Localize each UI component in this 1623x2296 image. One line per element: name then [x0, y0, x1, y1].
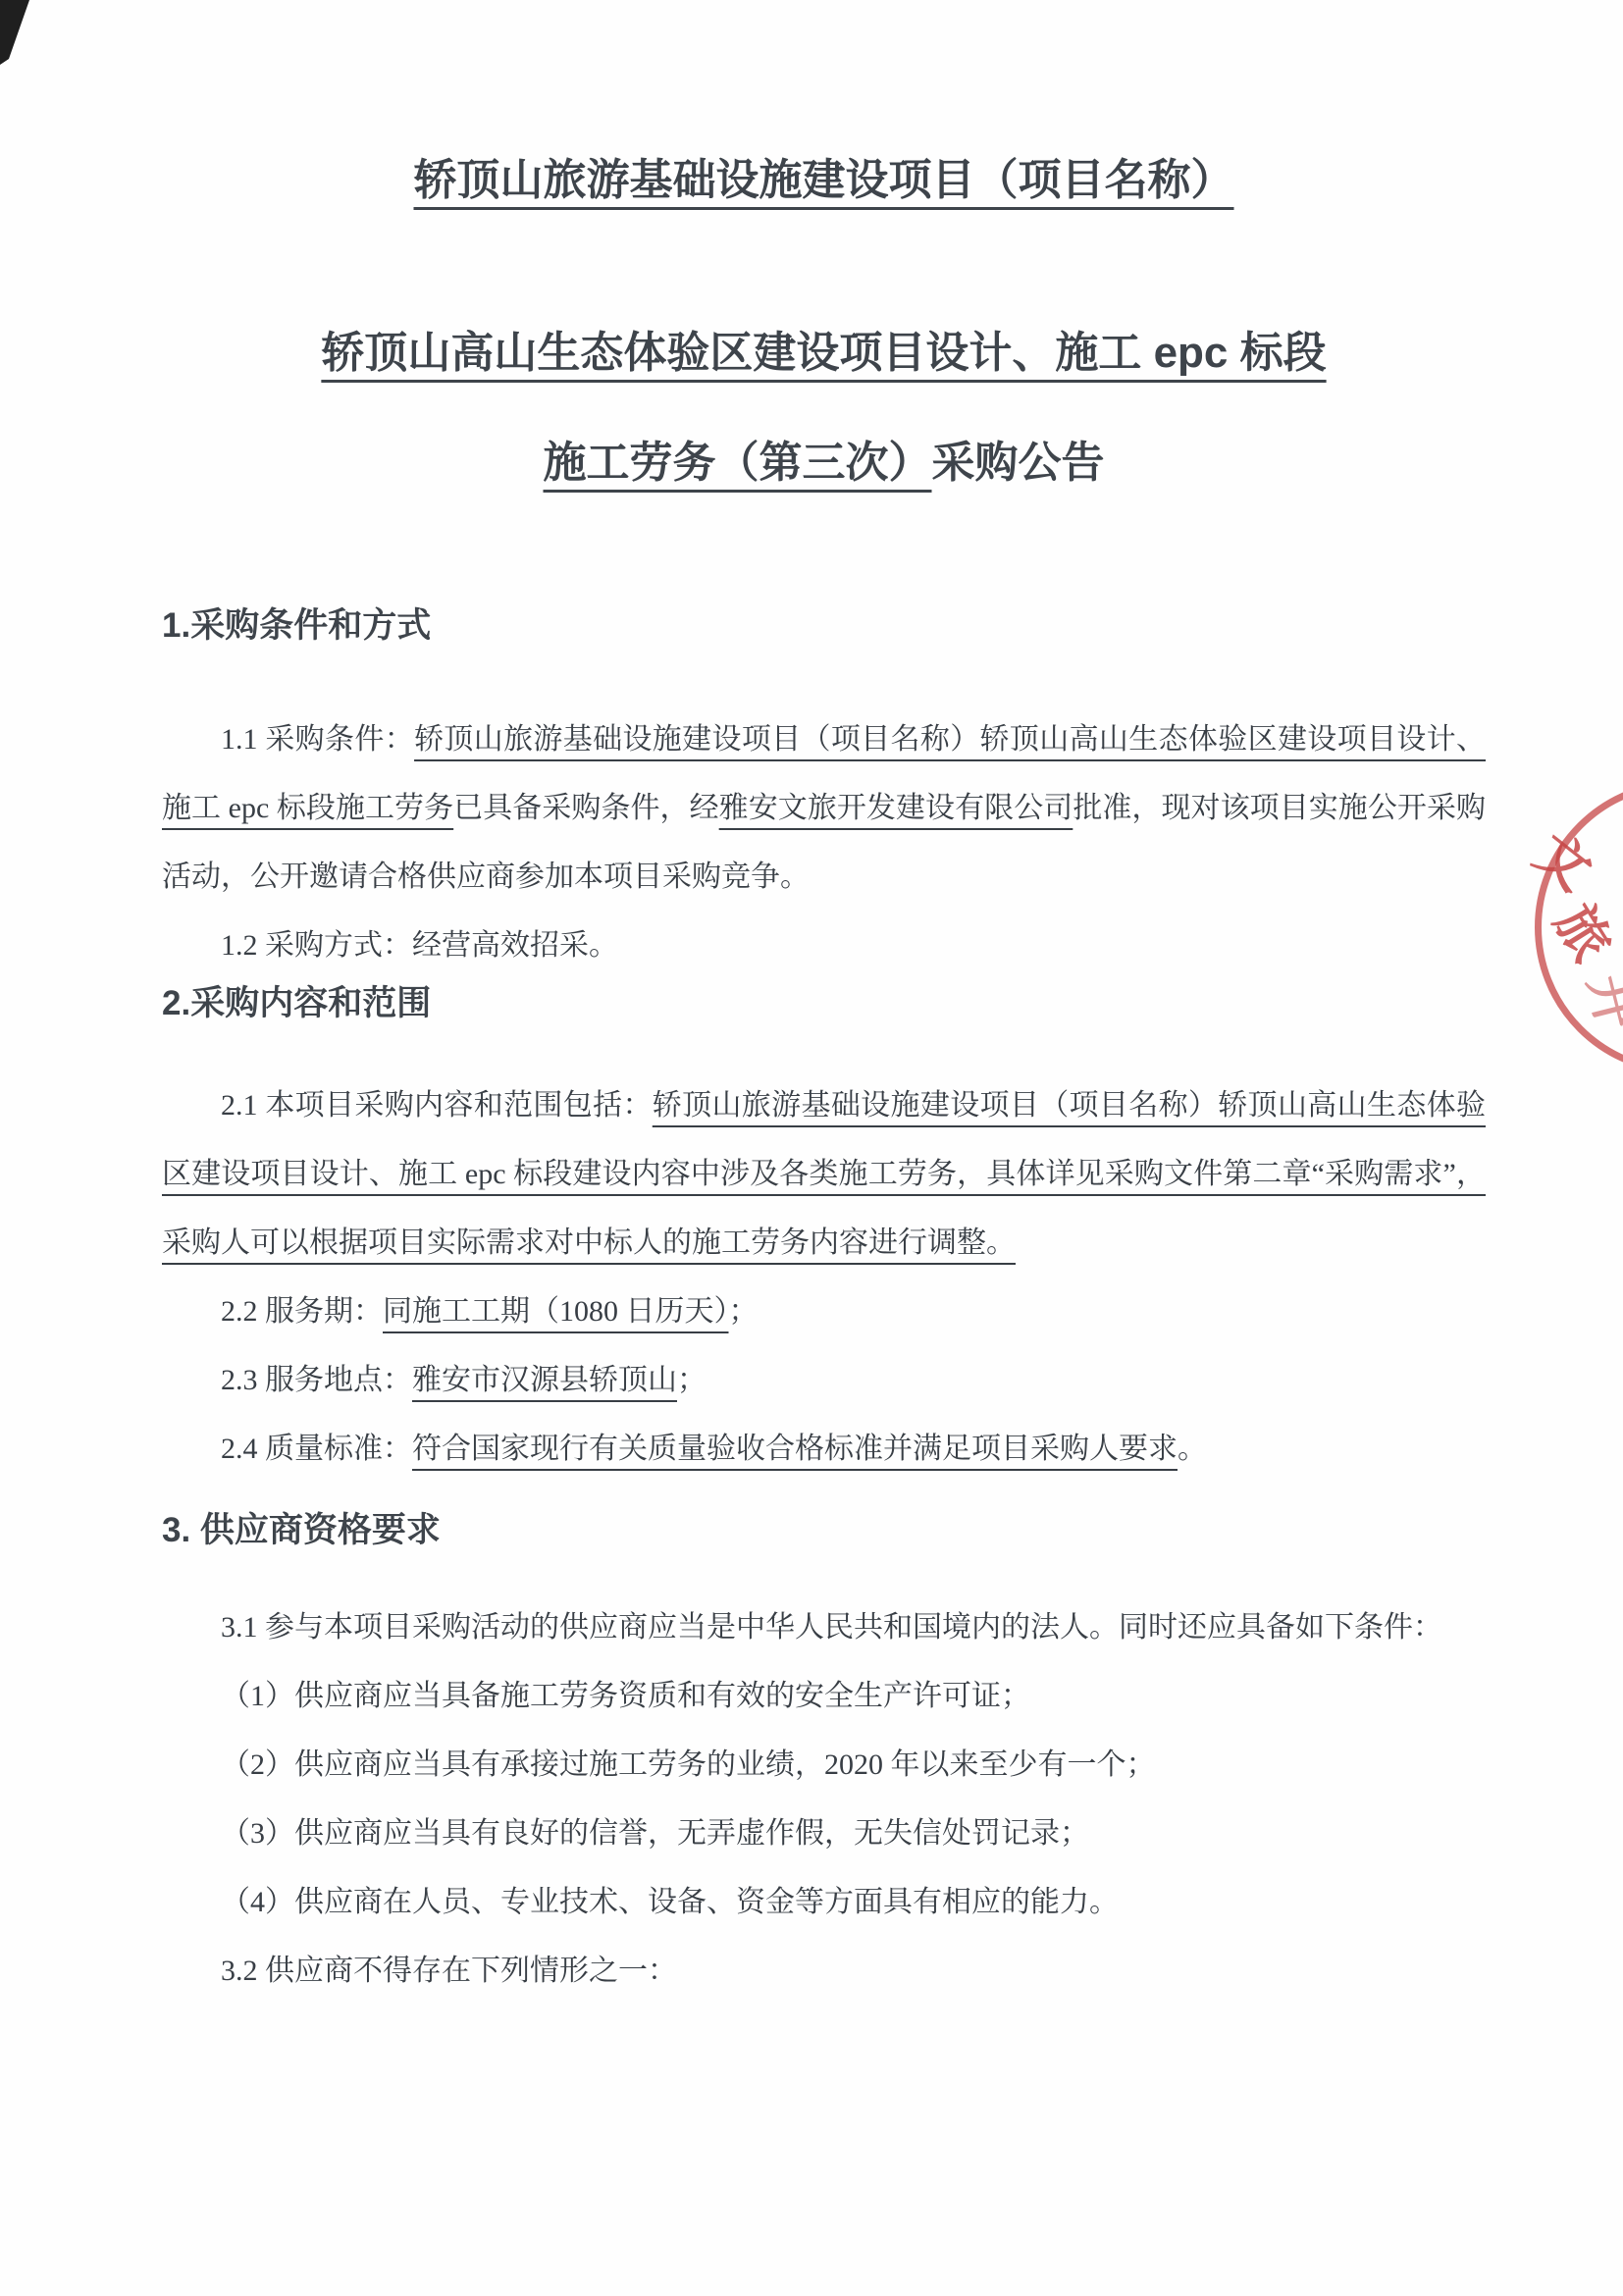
para-2-4-tail: 。 [1178, 1433, 1207, 1465]
title-line-2: 轿顶山高山生态体验区建设项目设计、施工 epc 标段 [162, 325, 1486, 382]
para-1-1-mid: 已具备采购条件，经 [453, 792, 718, 824]
title-line-1-text: 轿顶山旅游基础设施建设项目（项目名称） [414, 156, 1234, 204]
para-1-2: 1.2 采购方式：经营高效招采。 [162, 912, 1486, 980]
para-2-3-tail: ； [677, 1364, 707, 1396]
para-2-4-prefix: 2.4 质量标准： [221, 1433, 412, 1465]
title-line-3-underlined: 施工劳务（第三次） [544, 439, 932, 487]
para-2-2: 2.2 服务期：同施工工期（1080 日历天）； [162, 1278, 1486, 1346]
para-1-1: 1.1 采购条件：轿顶山旅游基础设施建设项目（项目名称）轿顶山高山生态体验区建设… [162, 705, 1486, 912]
para-2-3-underlined: 雅安市汉源县轿顶山 [412, 1364, 677, 1396]
para-2-4-underlined: 符合国家现行有关质量验收合格标准并满足项目采购人要求 [412, 1433, 1178, 1465]
para-2-3-prefix: 2.3 服务地点： [221, 1364, 412, 1396]
para-2-2-tail: ； [729, 1295, 759, 1328]
document-page: 轿顶山旅游基础设施建设项目（项目名称） 轿顶山高山生态体验区建设项目设计、施工 … [0, 0, 1623, 2296]
para-2-1-prefix: 2.1 本项目采购内容和范围包括： [221, 1089, 653, 1122]
para-2-1: 2.1 本项目采购内容和范围包括：轿顶山旅游基础设施建设项目（项目名称）轿顶山高… [162, 1071, 1486, 1278]
requirement-item-4: （4）供应商在人员、专业技术、设备、资金等方面具有相应的能力。 [162, 1868, 1486, 1937]
para-3-2: 3.2 供应商不得存在下列情形之一： [162, 1937, 1486, 2006]
section-2-heading: 2.采购内容和范围 [162, 980, 1486, 1027]
scan-artifact [0, 0, 29, 65]
title-line-1: 轿顶山旅游基础设施建设项目（项目名称） [162, 152, 1486, 209]
section-3-heading: 3. 供应商资格要求 [162, 1507, 1486, 1554]
para-1-1-prefix: 1.1 采购条件： [221, 723, 414, 756]
section-1-heading: 1.采购条件和方式 [162, 602, 1486, 650]
para-2-2-prefix: 2.2 服务期： [221, 1295, 383, 1328]
title-line-3: 施工劳务（第三次）采购公告 [162, 435, 1486, 492]
document-title: 轿顶山旅游基础设施建设项目（项目名称） 轿顶山高山生态体验区建设项目设计、施工 … [162, 152, 1486, 492]
para-1-1-underlined-2: 雅安文旅开发建设有限公司 [719, 792, 1073, 824]
requirement-item-1: （1）供应商应当具备施工劳务资质和有效的安全生产许可证； [162, 1662, 1486, 1731]
title-line-3-rest: 采购公告 [932, 439, 1105, 487]
requirement-item-3: （3）供应商应当具有良好的信誉，无弄虚作假，无失信处罚记录； [162, 1800, 1486, 1868]
para-3-1: 3.1 参与本项目采购活动的供应商应当是中华人民共和国境内的法人。同时还应具备如… [162, 1593, 1486, 1662]
requirement-item-2: （2）供应商应当具有承接过施工劳务的业绩，2020 年以来至少有一个； [162, 1731, 1486, 1800]
para-2-3: 2.3 服务地点：雅安市汉源县轿顶山； [162, 1346, 1486, 1415]
title-line-2-text: 轿顶山高山生态体验区建设项目设计、施工 epc 标段 [321, 329, 1326, 377]
para-2-4: 2.4 质量标准：符合国家现行有关质量验收合格标准并满足项目采购人要求。 [162, 1415, 1486, 1484]
para-2-2-underlined: 同施工工期（1080 日历天） [383, 1295, 729, 1328]
